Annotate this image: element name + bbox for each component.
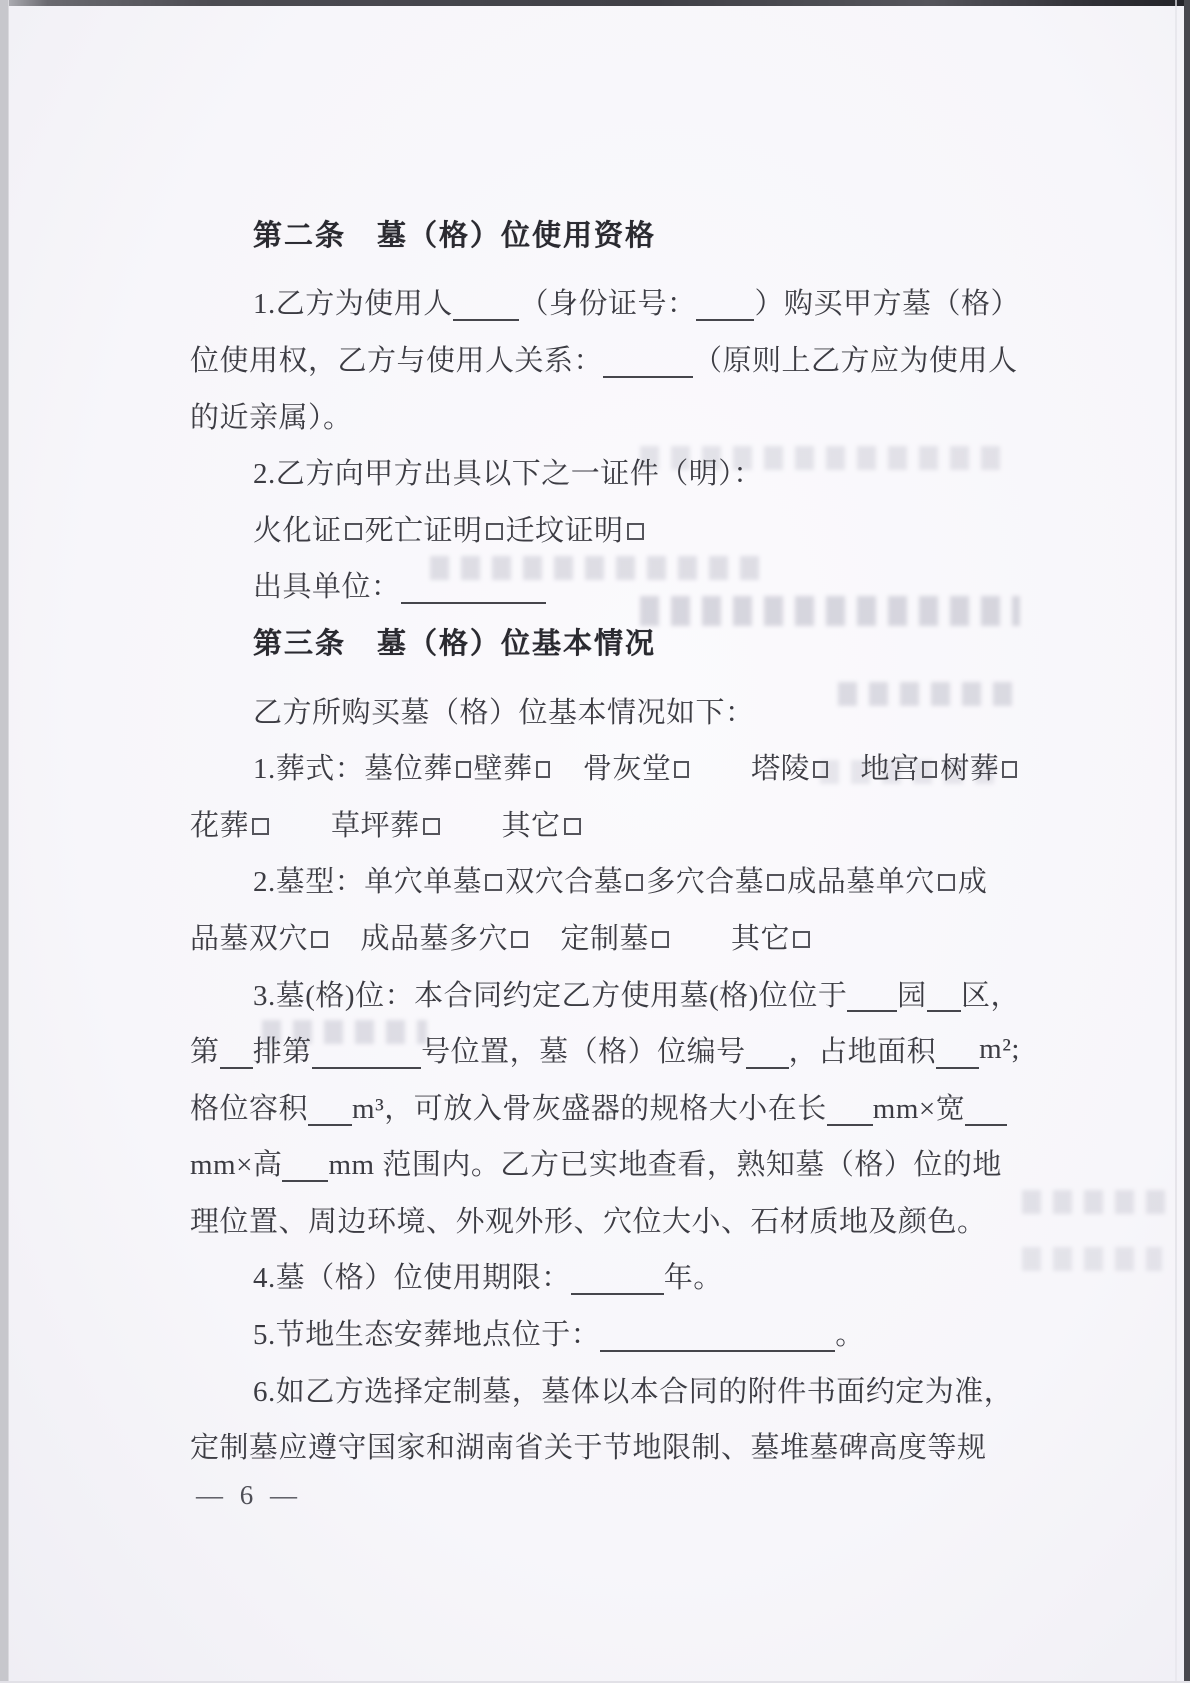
- blank-field: [600, 1344, 835, 1352]
- page-crease: [1175, 0, 1177, 1683]
- checkbox-glyph: [922, 761, 937, 778]
- text-run: 第二条 墓（格）位使用资格: [253, 213, 656, 254]
- text-run: 成品墓多穴: [331, 916, 508, 957]
- checkbox-glyph: [511, 931, 528, 948]
- text-run: mm×高: [190, 1142, 282, 1183]
- text-run: 格位容积: [190, 1086, 308, 1127]
- text-run: 理位置、周边环境、外观外形、穴位大小、石材质地及颜色。: [190, 1199, 987, 1240]
- text-run: 1.乙方为使用人: [253, 281, 453, 322]
- text-run: m³，可放入骨灰盛器的规格大小在长: [352, 1086, 827, 1127]
- text-run: ）购买甲方墓（格）: [754, 281, 1020, 322]
- text-run: 其它: [443, 803, 561, 844]
- text-run: 其它: [672, 916, 790, 957]
- blank-field: [312, 1061, 421, 1069]
- checkbox-glyph: [813, 761, 828, 778]
- text-run: 的近亲属）。: [190, 395, 353, 436]
- document-line: 1.葬式：墓位葬 壁葬 骨灰堂 塔陵 地宫 树葬: [190, 738, 1020, 795]
- checkbox-glyph: [345, 523, 362, 540]
- document-line: 5.节地生态安葬地点位于：。: [190, 1304, 1020, 1361]
- document-line: 第排第号位置，墓（格）位编号，占地面积m²;: [190, 1021, 1020, 1078]
- text-run: 火化证: [253, 508, 342, 549]
- text-run: 花葬: [190, 803, 249, 844]
- text-run: 地宫: [831, 746, 920, 787]
- checkbox-glyph: [536, 761, 551, 778]
- text-run: 定制墓: [531, 916, 649, 957]
- text-run: 2.墓型：单穴单墓: [253, 859, 482, 900]
- checkbox-glyph: [311, 931, 328, 948]
- text-run: 4.墓（格）位使用期限：: [253, 1255, 571, 1296]
- checkbox-glyph: [1002, 761, 1017, 778]
- document-line: 品墓双穴 成品墓多穴 定制墓 其它: [190, 908, 1020, 965]
- checkbox-glyph: [793, 931, 810, 948]
- document-line: 4.墓（格）位使用期限： 年。: [190, 1248, 1020, 1305]
- section-heading: 第二条 墓（格）位使用资格: [190, 205, 1020, 262]
- checkbox-glyph: [486, 523, 503, 540]
- checkbox-glyph: [652, 931, 669, 948]
- checkbox-glyph: [564, 818, 581, 835]
- text-run: 年。: [664, 1255, 723, 1296]
- text-run: 园: [897, 973, 927, 1014]
- text-run: 成品墓单穴: [787, 859, 935, 900]
- bleed-through-smudge: [1022, 1190, 1167, 1214]
- text-run: 排第: [253, 1029, 312, 1070]
- text-run: m²;: [979, 1033, 1020, 1066]
- text-run: 5.节地生态安葬地点位于：: [253, 1312, 600, 1353]
- text-run: 迁坟证明: [506, 508, 624, 549]
- text-run: mm×宽: [873, 1086, 965, 1127]
- text-run: 1.葬式：墓位葬: [253, 746, 453, 787]
- text-run: 位使用权，乙方与使用人关系：: [190, 338, 603, 379]
- text-run: 双穴合墓: [505, 859, 623, 900]
- text-run: 草坪葬: [272, 803, 420, 844]
- text-run: 树葬: [940, 746, 999, 787]
- document-line: 理位置、周边环境、外观外形、穴位大小、石材质地及颜色。: [190, 1191, 1020, 1248]
- blank-field: [696, 313, 754, 321]
- blank-field: [282, 1174, 328, 1182]
- blank-field: [571, 1287, 664, 1295]
- blank-field: [453, 313, 520, 321]
- text-run: 乙方所购买墓（格）位基本情况如下：: [253, 690, 755, 731]
- document-line: 6.如乙方选择定制墓，墓体以本合同的附件书面约定为准，: [190, 1361, 1020, 1418]
- text-run: 号位置，墓（格）位编号: [421, 1029, 746, 1070]
- text-run: （原则上乙方应为使用人: [693, 338, 1018, 379]
- checkbox-glyph: [485, 874, 502, 891]
- section-heading: 第三条 墓（格）位基本情况: [190, 613, 1020, 670]
- checkbox-glyph: [626, 874, 643, 891]
- blank-field: [746, 1061, 789, 1069]
- text-run: 品墓双穴: [190, 916, 308, 957]
- blank-field: [603, 370, 693, 378]
- text-run: 塔陵: [692, 746, 810, 787]
- text-run: 出具单位：: [253, 564, 401, 605]
- document-line: 出具单位：: [190, 557, 1020, 614]
- checkbox-glyph: [252, 818, 269, 835]
- text-run: 第三条 墓（格）位基本情况: [253, 621, 656, 662]
- blank-field: [847, 1004, 897, 1012]
- checkbox-glyph: [423, 818, 440, 835]
- text-run: 多穴合墓: [646, 859, 764, 900]
- document-line: 的近亲属）。: [190, 387, 1020, 444]
- blank-field: [927, 1004, 961, 1012]
- text-run: 成: [958, 859, 988, 900]
- text-run: （身份证号：: [519, 281, 696, 322]
- page-number: — 6 —: [196, 1480, 302, 1511]
- document-line: 花葬 草坪葬 其它: [190, 795, 1020, 852]
- document-line: 1.乙方为使用人（身份证号：）购买甲方墓（格）: [190, 274, 1020, 331]
- checkbox-glyph: [767, 874, 784, 891]
- scan-edge-right: [1184, 0, 1190, 1683]
- text-run: 2.乙方向甲方出具以下之一证件（明）：: [253, 451, 763, 492]
- document-line: 乙方所购买墓（格）位基本情况如下：: [190, 682, 1020, 739]
- text-run: 骨灰堂: [553, 746, 671, 787]
- scan-edge-left: [0, 0, 9, 1683]
- document-line: 3.墓(格)位：本合同约定乙方使用墓(格)位位于园区，: [190, 965, 1020, 1022]
- checkbox-glyph: [627, 523, 644, 540]
- text-run: 壁葬: [474, 746, 533, 787]
- document-line: 格位容积m³，可放入骨灰盛器的规格大小在长mm×宽: [190, 1078, 1020, 1135]
- checkbox-glyph: [456, 761, 471, 778]
- blank-field: [220, 1061, 253, 1069]
- blank-field: [827, 1118, 873, 1126]
- text-run: 6.如乙方选择定制墓，墓体以本合同的附件书面约定为准，: [253, 1369, 1013, 1410]
- text-run: 第: [190, 1029, 220, 1070]
- text-run: 死亡证明: [365, 508, 483, 549]
- blank-field: [308, 1118, 352, 1126]
- checkbox-glyph: [674, 761, 689, 778]
- document-line: 位使用权，乙方与使用人关系：（原则上乙方应为使用人: [190, 330, 1020, 387]
- blank-field: [965, 1118, 1007, 1126]
- bleed-through-smudge: [1022, 1247, 1162, 1271]
- blank-field: [936, 1061, 979, 1069]
- document-line: 火化证 死亡证明 迁坟证明: [190, 500, 1020, 557]
- text-run: 定制墓应遵守国家和湖南省关于节地限制、墓堆墓碑高度等规: [190, 1425, 987, 1466]
- document-line: 2.乙方向甲方出具以下之一证件（明）：: [190, 443, 1020, 500]
- text-run: 3.墓(格)位：本合同约定乙方使用墓(格)位位于: [253, 973, 847, 1014]
- checkbox-glyph: [938, 874, 955, 891]
- blank-field: [401, 596, 546, 604]
- text-run: 区，: [961, 973, 1020, 1014]
- text-run: mm 范围内。乙方已实地查看，熟知墓（格）位的地: [328, 1142, 1001, 1183]
- document-body: 第二条 墓（格）位使用资格1.乙方为使用人（身份证号：）购买甲方墓（格）位使用权…: [190, 205, 1020, 1474]
- document-line: 2.墓型：单穴单墓 双穴合墓 多穴合墓 成品墓单穴成: [190, 852, 1020, 909]
- text-run: ，占地面积: [789, 1029, 937, 1070]
- text-run: 。: [835, 1312, 865, 1353]
- document-line: 定制墓应遵守国家和湖南省关于节地限制、墓堆墓碑高度等规: [190, 1417, 1020, 1474]
- document-line: mm×高mm 范围内。乙方已实地查看，熟知墓（格）位的地: [190, 1135, 1020, 1192]
- scan-edge-top: [0, 0, 1190, 6]
